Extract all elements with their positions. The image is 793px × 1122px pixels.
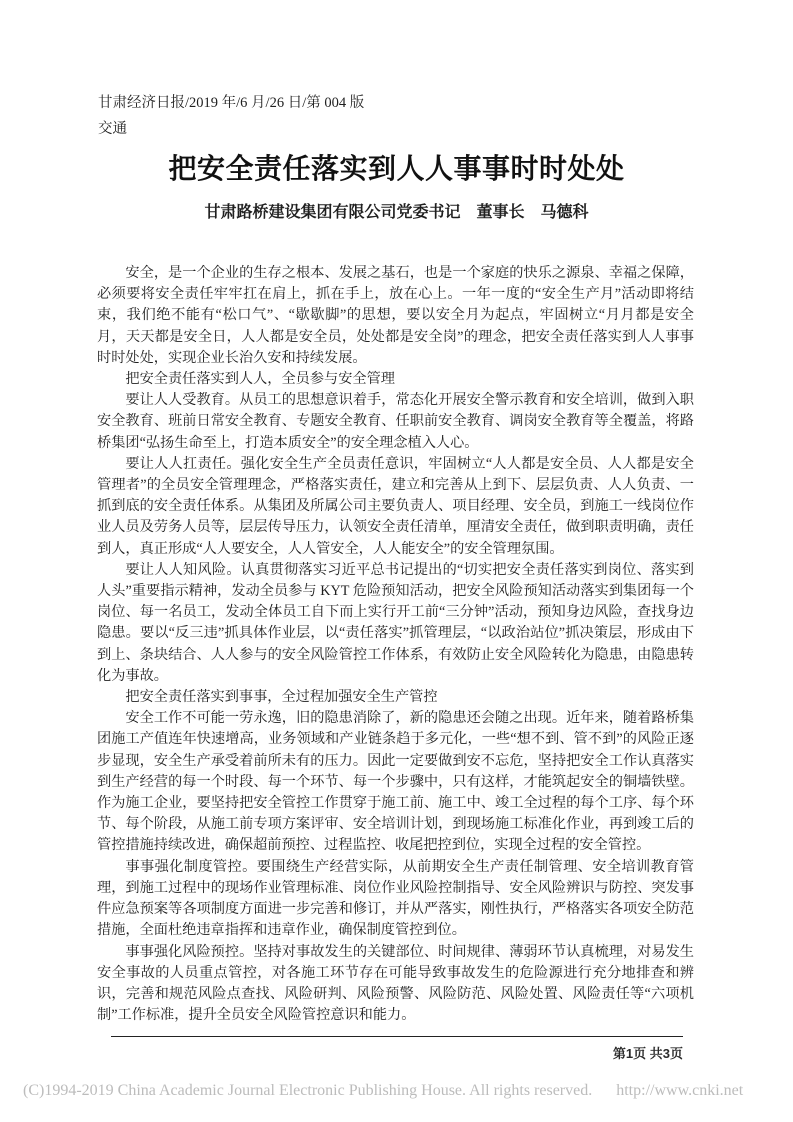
copyright-notice: (C)1994-2019 China Academic Journal Elec…	[23, 1082, 783, 1100]
subheading-renren: 把安全责任落实到人人，全员参与安全管理	[97, 369, 694, 390]
paragraph-whole-process: 安全工作不可能一劳永逸，旧的隐患消除了，新的隐患还会随之出现。近年来，随着路桥集…	[97, 708, 694, 856]
article-title: 把安全责任落实到人人事事时时处处	[98, 151, 695, 187]
footer-divider	[111, 1036, 683, 1037]
paragraph-risk-awareness: 要让人人知风险。认真贯彻落实习近平总书记提出的“切实把安全责任落实到岗位、落实到…	[97, 560, 694, 687]
copyright-text: (C)1994-2019 China Academic Journal Elec…	[23, 1082, 592, 1099]
page-indicator: 第1页 共3页	[98, 1043, 683, 1062]
article-body: 安全，是一个企业的生存之根本、发展之基石，也是一个家庭的快乐之源泉、幸福之保障，…	[97, 263, 694, 1026]
section-line: 交通	[98, 116, 695, 142]
paragraph-responsibility: 要让人人扛责任。强化安全生产全员责任意识，牢固树立“人人都是安全员、人人都是安全…	[97, 454, 694, 560]
paragraph-education: 要让人人受教育。从员工的思想意识着手，常态化开展安全警示教育和安全培训，做到入职…	[97, 390, 694, 454]
document-page: 甘肃经济日报/2019 年/6 月/26 日/第 004 版 交通 把安全责任落…	[0, 0, 793, 1122]
source-line: 甘肃经济日报/2019 年/6 月/26 日/第 004 版	[98, 90, 695, 116]
paragraph-risk-precontrol: 事事强化风险预控。坚持对事故发生的关键部位、时间规律、薄弱环节认真梳理，对易发生…	[97, 942, 694, 1027]
subheading-shishi: 把安全责任落实到事事，全过程加强安全生产管控	[97, 687, 694, 708]
article-byline: 甘肃路桥建设集团有限公司党委书记 董事长 马德科	[98, 201, 695, 225]
copyright-url: http://www.cnki.net	[616, 1082, 743, 1099]
paragraph-system-control: 事事强化制度管控。要围绕生产经营实际，从前期安全生产责任制管理、安全培训教育管理…	[97, 857, 694, 942]
document-header: 甘肃经济日报/2019 年/6 月/26 日/第 004 版 交通	[98, 90, 695, 142]
paragraph-intro: 安全，是一个企业的生存之根本、发展之基石，也是一个家庭的快乐之源泉、幸福之保障，…	[97, 263, 694, 369]
